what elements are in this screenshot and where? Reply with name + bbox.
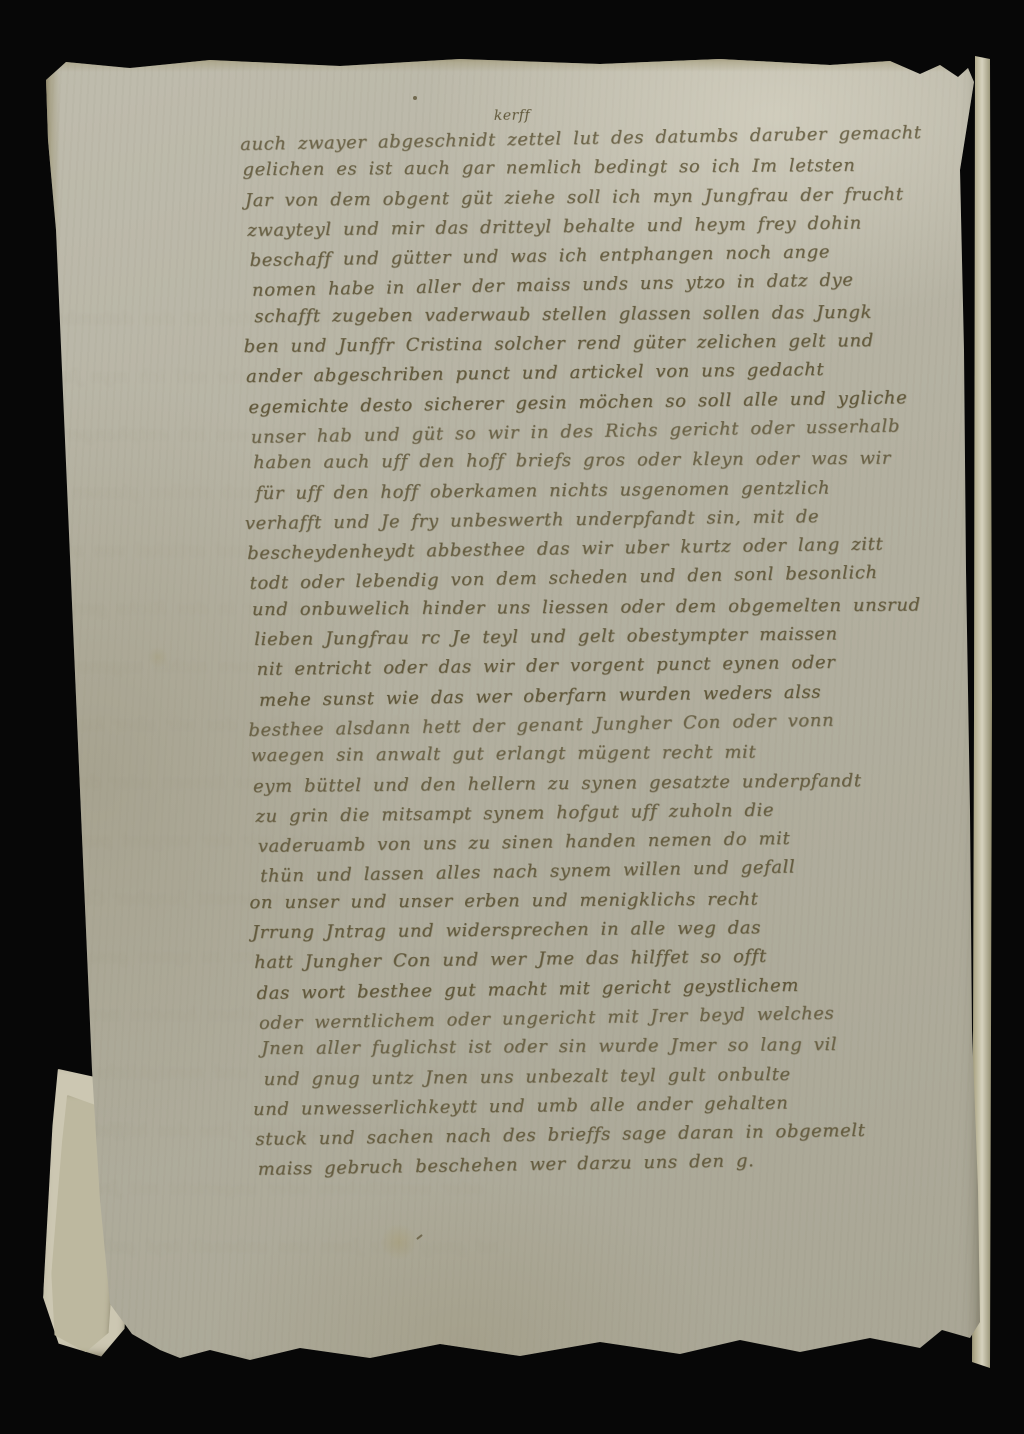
stray-ink-mark xyxy=(416,1234,423,1240)
verso-ghost-line: und gnug untz Jnen uns unbezalt teyl gul… xyxy=(58,1218,498,1276)
ink-dot xyxy=(413,96,417,100)
photograph-background: auch zwayer abgeschnidt zettel lut des d… xyxy=(0,0,1024,1434)
page-top-fold-edge xyxy=(40,50,984,72)
interlinear-insertion: kerff xyxy=(494,108,531,124)
text-block: kerff auch zwayer abgeschnidt zettel lut… xyxy=(246,119,975,1182)
manuscript-page: auch zwayer abgeschnidt zettel lut des d… xyxy=(40,50,984,1370)
manuscript-lines: auch zwayer abgeschnidt zettel lut des d… xyxy=(246,119,975,1182)
